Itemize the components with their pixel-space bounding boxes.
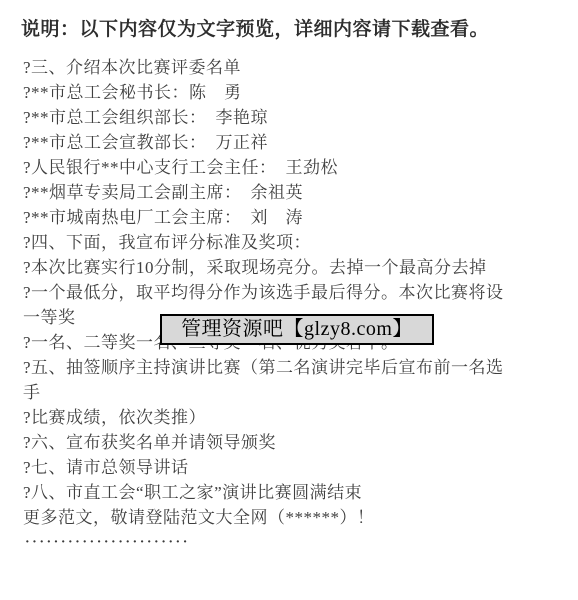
doc-line: ?**市城南热电厂工会主席： 刘 涛: [23, 205, 578, 230]
document-preview-page: 说明：以下内容仅为文字预览，详细内容请下载查看。 ?三、介绍本次比赛评委名单 ?…: [0, 0, 578, 600]
preview-notice: 说明：以下内容仅为文字预览，详细内容请下载查看。: [0, 0, 578, 44]
doc-line: 更多范文，敬请登陆范文大全网（******）！: [23, 505, 578, 530]
document-body: ?三、介绍本次比赛评委名单 ?**市总工会秘书长：陈 勇 ?**市总工会组织部长…: [0, 55, 578, 555]
doc-line: ?比赛成绩，依次类推）: [23, 405, 578, 430]
doc-line: ?人民银行**中心支行工会主任： 王劲松: [23, 155, 578, 180]
doc-line: ?四、下面，我宣布评分标准及奖项：: [23, 230, 578, 255]
doc-line: 手: [23, 380, 578, 405]
doc-line: ?**市总工会宣教部长： 万正祥: [23, 130, 578, 155]
doc-line: ?本次比赛实行10分制，采取现场亮分。去掉一个最高分去掉: [23, 255, 578, 280]
doc-line: ?六、宣布获奖名单并请领导颁奖: [23, 430, 578, 455]
doc-line: ?**市总工会秘书长：陈 勇: [23, 80, 578, 105]
watermark-badge: 管理资源吧【glzy8.com】: [160, 314, 434, 345]
ellipsis-line: ·······················: [23, 530, 578, 555]
doc-line: ?**市总工会组织部长： 李艳琼: [23, 105, 578, 130]
doc-line: ?八、市直工会“职工之家”演讲比赛圆满结束: [23, 480, 578, 505]
doc-line: ?七、请市总领导讲话: [23, 455, 578, 480]
doc-line: ?五、抽签顺序主持演讲比赛（第二名演讲完毕后宣布前一名选: [23, 355, 578, 380]
doc-line: ?**烟草专卖局工会副主席： 余祖英: [23, 180, 578, 205]
doc-line: ?三、介绍本次比赛评委名单: [23, 55, 578, 80]
doc-line: ?一个最低分，取平均得分作为该选手最后得分。本次比赛将设: [23, 280, 578, 305]
